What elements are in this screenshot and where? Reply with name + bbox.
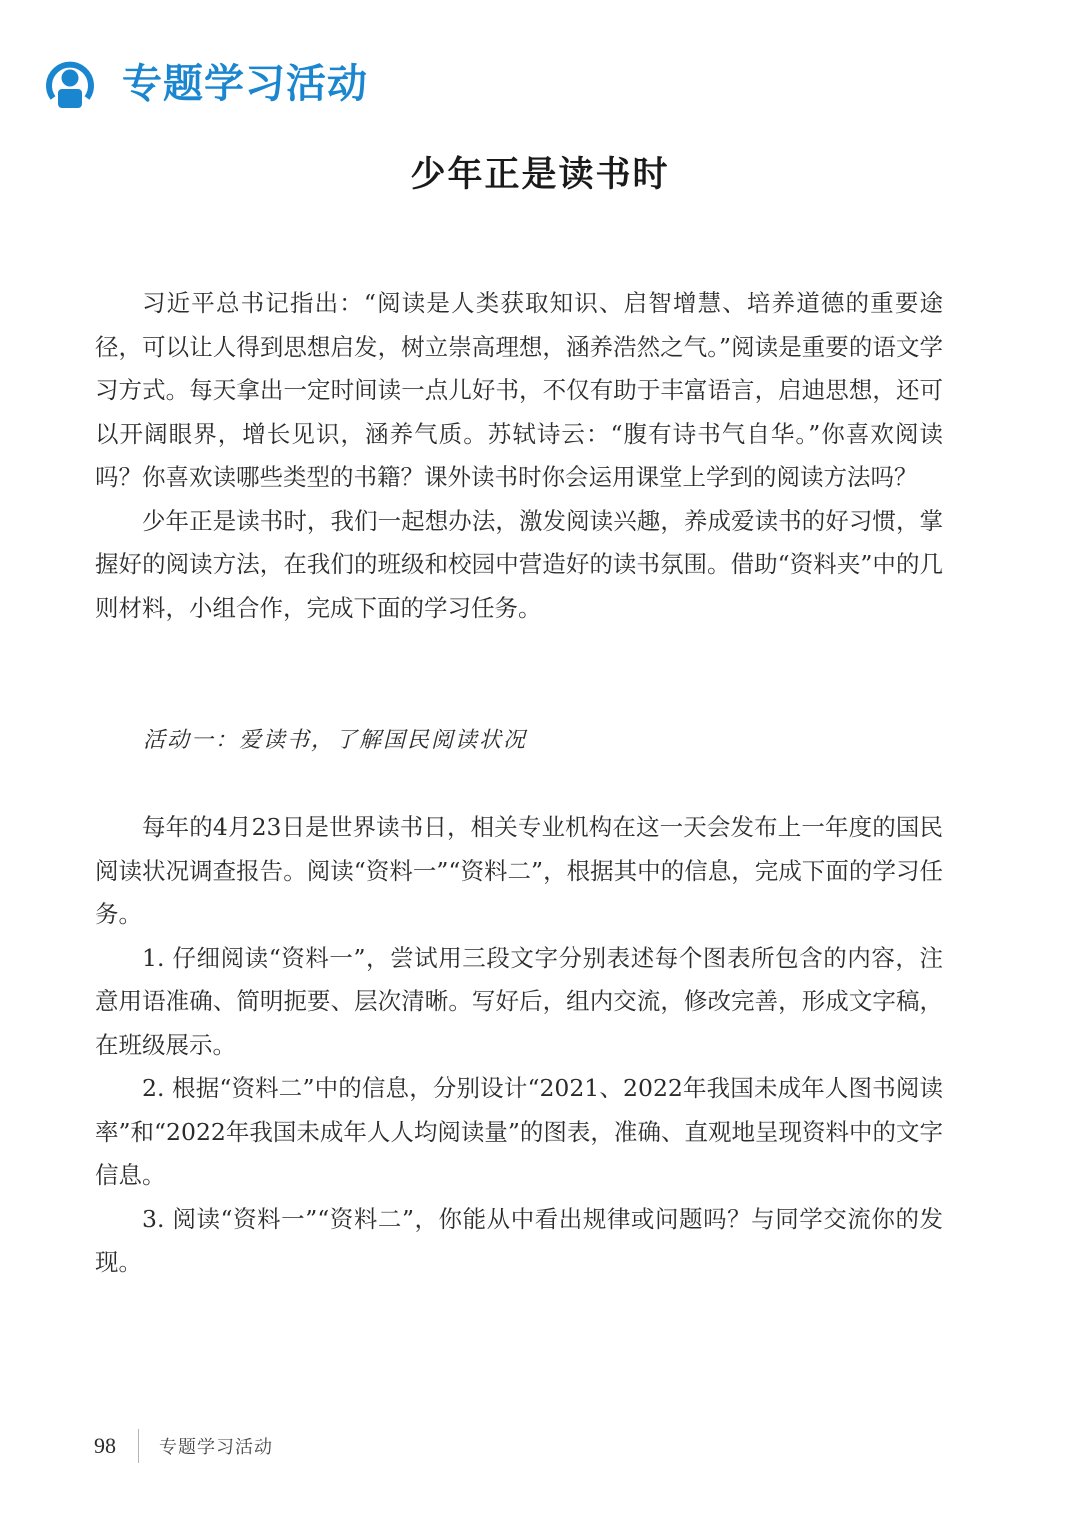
task-item-2: 2. 根据“资料二”中的信息，分别设计“2021、2022年我国未成年人图书阅读… <box>95 1067 943 1198</box>
intro-paragraph: 习近平总书记指出：“阅读是人类获取知识、启智增慧、培养道德的重要途径，可以让人得… <box>95 282 943 500</box>
task-item-1: 1. 仔细阅读“资料一”，尝试用三段文字分别表述每个图表所包含的内容，注意用语准… <box>95 937 943 1068</box>
page-title: 少年正是读书时 <box>0 154 1080 196</box>
section-header: 专题学习活动 <box>44 56 368 112</box>
footer-section-label: 专题学习活动 <box>159 1433 273 1459</box>
activity-heading: 活动一：爱读书，了解国民阅读状况 <box>143 723 527 754</box>
activity-paragraph: 每年的4月23日是世界读书日，相关专业机构在这一天会发布上一年度的国民阅读状况调… <box>95 806 943 937</box>
intro-paragraph: 少年正是读书时，我们一起想办法，激发阅读兴趣，养成爱读书的好习惯，掌握好的阅读方… <box>95 500 943 631</box>
footer-divider <box>138 1429 139 1463</box>
task-item-3: 3. 阅读“资料一”“资料二”，你能从中看出规律或问题吗？与同学交流你的发现。 <box>95 1198 943 1285</box>
activity-text: 每年的4月23日是世界读书日，相关专业机构在这一天会发布上一年度的国民阅读状况调… <box>95 806 943 1285</box>
person-circle-icon <box>44 58 96 110</box>
page-footer: 98 专题学习活动 <box>94 1426 273 1466</box>
page-number: 98 <box>94 1433 116 1459</box>
section-header-title: 专题学习活动 <box>122 64 368 104</box>
intro-text: 习近平总书记指出：“阅读是人类获取知识、启智增慧、培养道德的重要途径，可以让人得… <box>95 282 943 630</box>
